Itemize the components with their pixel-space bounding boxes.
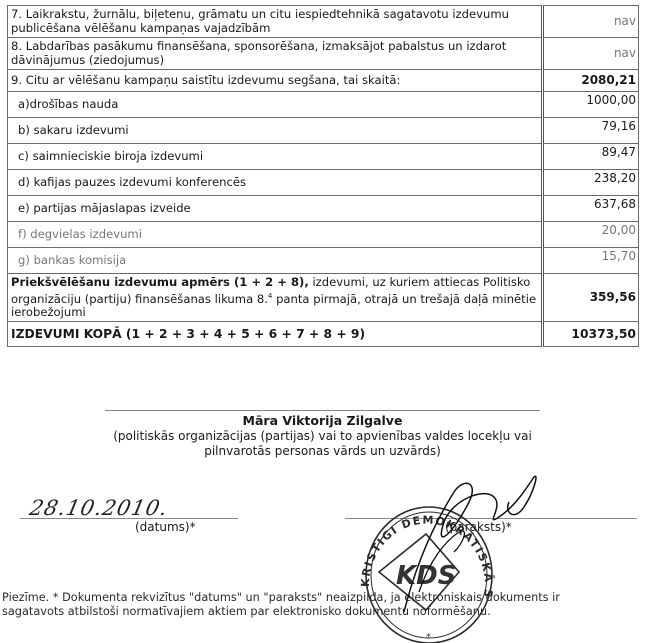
party-stamp-icon: KRISTĪGI DEMOKRĀTISKĀ SAVIENĪBA KDS * <box>334 472 564 643</box>
subrow-value: 1000,00 <box>543 92 639 118</box>
subrow-label: f) degvielas izdevumi <box>8 222 543 248</box>
table-row: 7. Laikrakstu, žurnālu, biļetenu, grāmat… <box>8 6 639 38</box>
subrow-label: g) bankas komisija <box>8 248 543 274</box>
subrow-label: b) sakaru izdevumi <box>8 118 543 144</box>
table-subrow: a)drošības nauda 1000,00 <box>8 92 639 118</box>
preelection-row: Priekšvēlēšanu izdevumu apmērs (1 + 2 + … <box>8 274 639 322</box>
row-label: 8. Labdarības pasākumu finansēšana, spon… <box>8 38 543 70</box>
subrow-value: 15,70 <box>543 248 639 274</box>
table-row: 9. Citu ar vēlēšanu kampaņu saistītu izd… <box>8 70 639 92</box>
stamp-star: * <box>426 632 431 643</box>
row-label: 7. Laikrakstu, žurnālu, biļetenu, grāmat… <box>8 6 543 38</box>
subrow-value: 20,00 <box>543 222 639 248</box>
row-label: 9. Citu ar vēlēšanu kampaņu saistītu izd… <box>8 70 543 92</box>
document-page: 7. Laikrakstu, žurnālu, biļetenu, grāmat… <box>0 0 645 643</box>
date-caption: (datums)* <box>135 520 196 534</box>
subrow-value: 89,47 <box>543 144 639 170</box>
row-value: nav <box>543 6 639 38</box>
table-subrow: e) partijas mājaslapas izveide 637,68 <box>8 196 639 222</box>
table-subrow: c) saimnieciskie biroja izdevumi 89,47 <box>8 144 639 170</box>
preelection-value: 359,56 <box>543 274 639 322</box>
table-subrow: b) sakaru izdevumi 79,16 <box>8 118 639 144</box>
expenses-table: 7. Laikrakstu, žurnālu, biļetenu, grāmat… <box>7 5 639 347</box>
preelection-label: Priekšvēlēšanu izdevumu apmērs (1 + 2 + … <box>8 274 543 322</box>
preelection-label-bold: Priekšvēlēšanu izdevumu apmērs (1 + 2 + … <box>11 275 309 289</box>
subrow-label: c) saimnieciskie biroja izdevumi <box>8 144 543 170</box>
row-value: 2080,21 <box>543 70 639 92</box>
subrow-label: a)drošības nauda <box>8 92 543 118</box>
signatory-name: Māra Viktorija Zilgalve <box>100 413 545 428</box>
stamp-logo: KDS <box>396 561 456 591</box>
date-rule <box>20 518 238 519</box>
subrow-label: d) kafijas pauzes izdevumi konferencēs <box>8 170 543 196</box>
table-row: 8. Labdarības pasākumu finansēšana, spon… <box>8 38 639 70</box>
subrow-value: 637,68 <box>543 196 639 222</box>
subrow-value: 238,20 <box>543 170 639 196</box>
table-subrow: g) bankas komisija 15,70 <box>8 248 639 274</box>
subrow-value: 79,16 <box>543 118 639 144</box>
name-rule <box>105 410 540 411</box>
handwritten-date: 28.10.2010. <box>27 496 170 520</box>
signatory-role: (politiskās organizācijas (partijas) vai… <box>100 429 545 459</box>
table-subrow: d) kafijas pauzes izdevumi konferencēs 2… <box>8 170 639 196</box>
row-value: nav <box>543 38 639 70</box>
total-label: IZDEVUMI KOPĀ (1 + 2 + 3 + 4 + 5 + 6 + 7… <box>8 322 543 347</box>
table-subrow: f) degvielas izdevumi 20,00 <box>8 222 639 248</box>
total-value: 10373,50 <box>543 322 639 347</box>
subrow-label: e) partijas mājaslapas izveide <box>8 196 543 222</box>
total-row: IZDEVUMI KOPĀ (1 + 2 + 3 + 4 + 5 + 6 + 7… <box>8 322 639 347</box>
